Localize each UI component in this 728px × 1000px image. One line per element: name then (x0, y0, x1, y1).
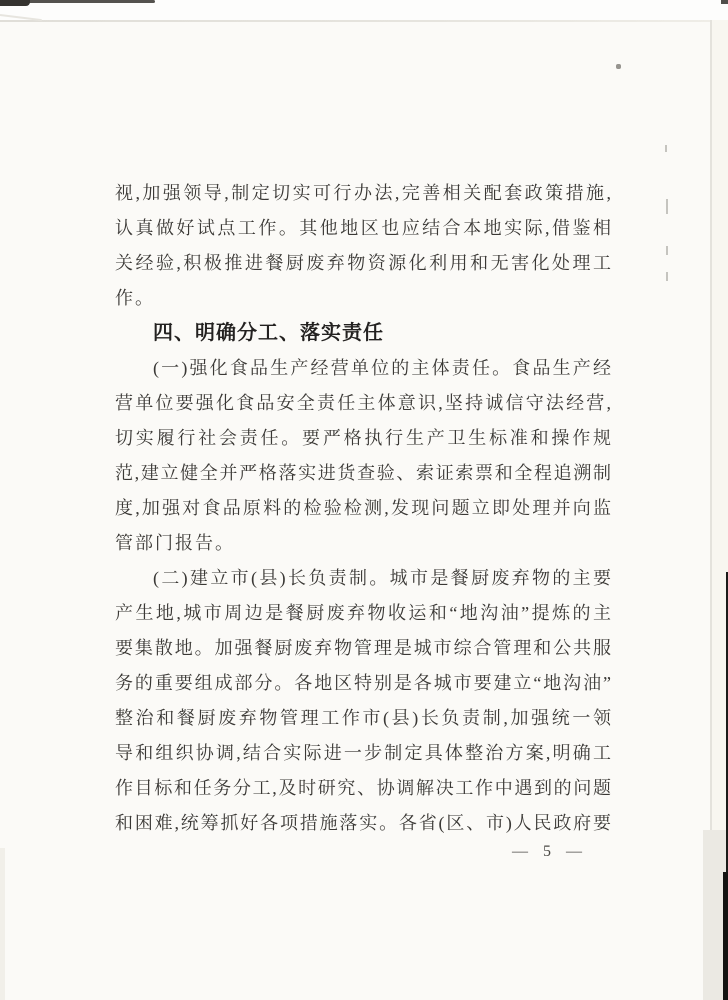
text-line: 要集散地。加强餐厨废弃物管理是城市综合管理和公共服 (115, 631, 611, 666)
text-line: 关经验,积极推进餐厨废弃物资源化利用和无害化处理工 (115, 246, 611, 281)
scan-artifact-speck (616, 64, 621, 69)
scan-artifact-black-edge-lower (723, 872, 728, 1000)
scanned-page: 视,加强领导,制定切实可行办法,完善相关配套政策措施, 认真做好试点工作。其他地… (0, 0, 728, 1000)
text-line: (一)强化食品生产经营单位的主体责任。食品生产经 (115, 351, 611, 386)
text-line: 和困难,统筹抓好各项措施落实。各省(区、市)人民政府要 (115, 806, 611, 841)
text-line: 认真做好试点工作。其他地区也应结合本地实际,借鉴相 (115, 211, 611, 246)
text-line: 务的重要组成部分。各地区特别是各城市要建立“地沟油” (115, 666, 611, 701)
section-heading: 四、明确分工、落实责任 (115, 316, 611, 351)
text-line: 切实履行社会责任。要严格执行生产卫生标准和操作规 (115, 421, 611, 456)
scan-artifact-upper-margin (0, 0, 728, 20)
scan-artifact-speck (666, 246, 668, 255)
document-body: 视,加强领导,制定切实可行办法,完善相关配套政策措施, 认真做好试点工作。其他地… (115, 176, 611, 841)
text-line: 作。 (115, 281, 611, 316)
text-line: 整治和餐厨废弃物管理工作市(县)长负责制,加强统一领 (115, 701, 611, 736)
text-line: 导和组织协调,结合实际进一步制定具体整治方案,明确工 (115, 736, 611, 771)
scan-artifact-top-left-mark (0, 0, 30, 6)
scan-artifact-speck (665, 145, 667, 152)
scan-artifact-top-right-mark (721, 0, 728, 4)
text-line: 产生地,城市周边是餐厨废弃物收运和“地沟油”提炼的主 (115, 596, 611, 631)
text-line: (二)建立市(县)长负责制。城市是餐厨废弃物的主要 (115, 561, 611, 596)
scan-artifact-speck (666, 199, 668, 214)
scan-artifact-bottom-left-smudge (0, 848, 5, 1000)
text-line: 管部门报告。 (115, 526, 611, 561)
page-number: — 5 — (512, 844, 583, 860)
text-line: 范,建立健全并严格落实进货查验、索证索票和全程追溯制 (115, 456, 611, 491)
scan-artifact-speck (666, 272, 668, 281)
text-line: 视,加强领导,制定切实可行办法,完善相关配套政策措施, (115, 176, 611, 211)
text-line: 营单位要强化食品安全责任主体意识,坚持诚信守法经营, (115, 386, 611, 421)
text-line: 度,加强对食品原料的检验检测,发现问题立即处理并向监 (115, 491, 611, 526)
text-line: 作目标和任务分工,及时研究、协调解决工作中遇到的问题 (115, 771, 611, 806)
scan-artifact-page-top-edge (0, 20, 712, 22)
